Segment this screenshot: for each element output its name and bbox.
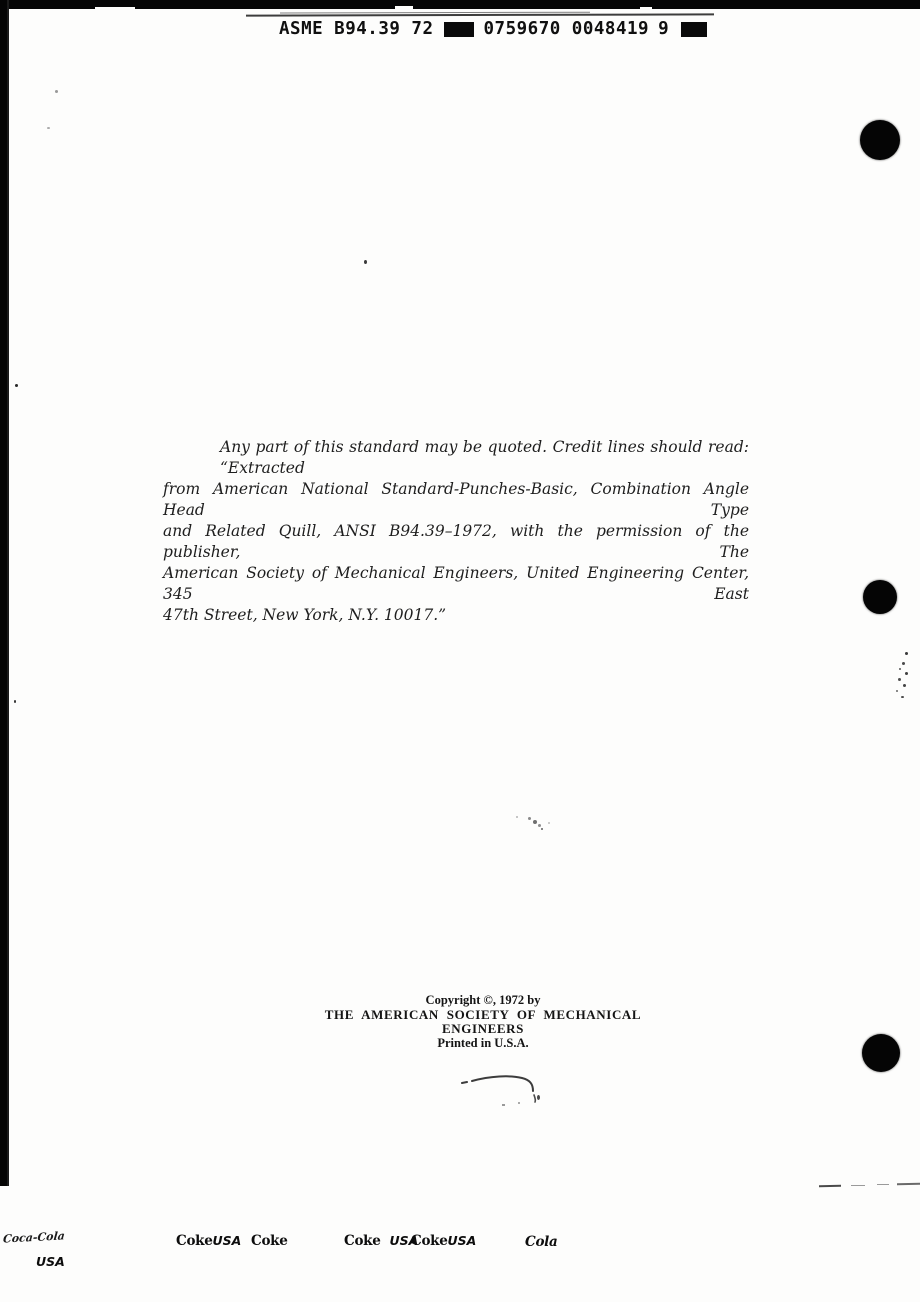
pen-curve-mark [458,1066,548,1111]
header-rule-line [246,13,714,16]
scan-speck [15,384,18,387]
watermark-suffix: USA [213,1233,242,1248]
watermark-cola: Cola [525,1233,557,1251]
barcode-block-icon [681,22,707,37]
scan-notch [640,7,652,9]
credit-line-paragraph: Any part of this standard may be quoted.… [163,437,749,626]
scan-dash-mark [819,1185,841,1187]
paragraph-line: and Related Quill, ANSI B94.39–1972, wit… [163,521,749,563]
watermark-word: Coke [411,1233,448,1249]
document-number: 0759670 0048419 [484,19,650,39]
standard-code: ASME B94.39 72 [279,19,434,39]
watermark-coke-usa: CokeUSA [344,1232,418,1250]
watermark-coke-usa: CokeUSA [411,1232,476,1250]
paragraph-line: American Society of Mechanical Engineers… [163,563,749,605]
watermark-usa-label: USA [36,1254,65,1269]
scan-notch [95,7,135,9]
printed-in-line: Printed in U.S.A. [297,1036,669,1050]
watermark-word: Cola [525,1234,557,1250]
barcode-block-icon [444,22,474,37]
watermark-word: Coke [176,1233,213,1249]
scan-edge-top-bar [0,0,920,9]
watermark-coca-cola-logo: Coca-Cola [2,1229,65,1245]
check-digit: 9 [658,19,669,39]
scan-speck [364,260,367,264]
paragraph-line: Any part of this standard may be quoted.… [163,437,749,479]
scan-speck [537,1095,540,1100]
punch-hole-dot [860,120,900,160]
watermark-coke: Coke [251,1232,288,1250]
watermark-coke-usa: CokeUSA [176,1232,241,1250]
scan-dash-mark [897,1183,920,1185]
scan-notch [395,6,413,9]
watermark-word: Coke [344,1233,381,1249]
copyright-block: Copyright ©, 1972 by THE AMERICAN SOCIET… [297,993,669,1050]
scan-speck [55,90,58,93]
copyright-year-line: Copyright ©, 1972 by [297,993,669,1007]
copyright-publisher-line: THE AMERICAN SOCIETY OF MECHANICAL ENGIN… [297,1008,669,1036]
scan-dash-mark [877,1184,889,1185]
paragraph-line: 47th Street, New York, N.Y. 10017.” [163,605,749,626]
scan-speck [47,127,50,129]
watermark-word: Coke [251,1233,288,1249]
paragraph-line: from American National Standard-Punches-… [163,479,749,521]
scan-speck [14,700,16,703]
scanned-document-page: ASME B94.39 72 0759670 0048419 9 Any par… [0,0,920,1302]
punch-hole-dot [863,580,897,614]
scan-dash-mark [851,1185,865,1186]
scan-edge-left-strip [0,0,9,1186]
standard-header: ASME B94.39 72 0759670 0048419 9 [279,19,707,39]
watermark-suffix: USA [448,1233,477,1248]
punch-hole-dot [862,1034,900,1072]
